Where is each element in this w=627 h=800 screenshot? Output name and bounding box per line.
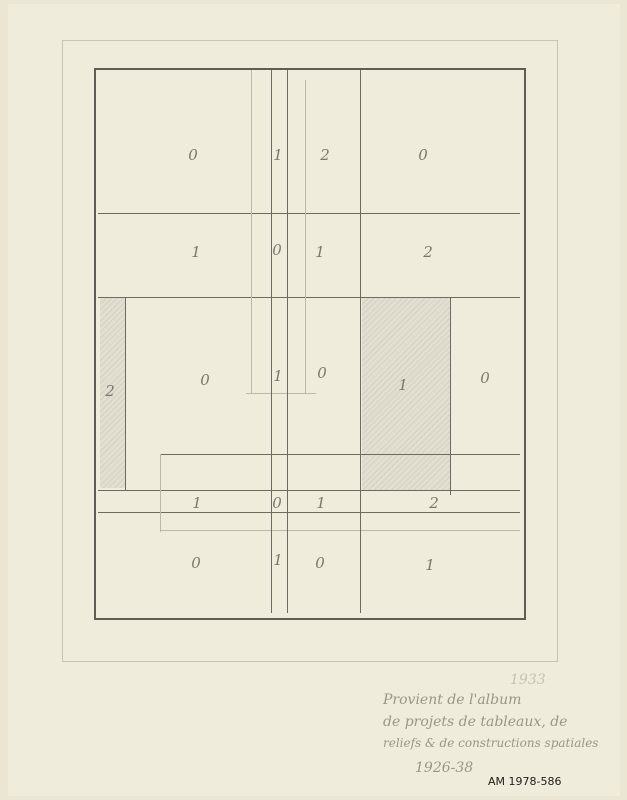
h-line [98,490,520,491]
v-line [251,70,252,393]
grid-number: 0 [317,364,327,382]
inventory-label: AM 1978-586 [488,775,561,788]
annotation-line-2: de projets de tableaux, de [383,714,567,730]
annotation-dates: 1926-38 [415,760,473,776]
grid-number: 2 [423,243,433,261]
grid-number: 2 [320,146,330,164]
grid-number: 1 [316,494,326,512]
v-line [125,298,126,490]
v-line [160,454,161,532]
h-line [160,454,520,455]
grid-number: 0 [272,241,282,259]
grid-number: 0 [480,369,490,387]
grid-number: 2 [105,382,115,400]
annotation-line-1: Provient de l'album [383,692,521,708]
h-line [160,530,520,531]
inner-border [94,68,526,620]
v-line [360,70,361,613]
grid-number: 0 [315,554,325,572]
grid-number: 1 [273,367,283,385]
v-line [305,80,306,393]
grid-number: 0 [418,146,428,164]
h-line [98,213,520,214]
grid-number: 0 [272,494,282,512]
grid-number: 1 [315,243,325,261]
h-line [98,297,520,298]
grid-number: 0 [200,371,210,389]
grid-number: 1 [191,243,201,261]
grid-number: 1 [398,376,408,394]
h-line [246,393,316,394]
grid-number: 0 [191,554,201,572]
grid-number: 1 [425,556,435,574]
hatched-right-block [362,298,450,491]
v-line [287,70,288,613]
h-line [98,512,520,513]
grid-number: 0 [188,146,198,164]
annotation-line-3: reliefs & de constructions spatiales [383,736,598,750]
v-line [271,70,272,613]
grid-number: 1 [273,551,283,569]
grid-number: 1 [192,494,202,512]
grid-number: 2 [429,494,439,512]
annotation-year: 1933 [510,672,546,688]
v-line [450,298,451,495]
grid-number: 1 [273,146,283,164]
